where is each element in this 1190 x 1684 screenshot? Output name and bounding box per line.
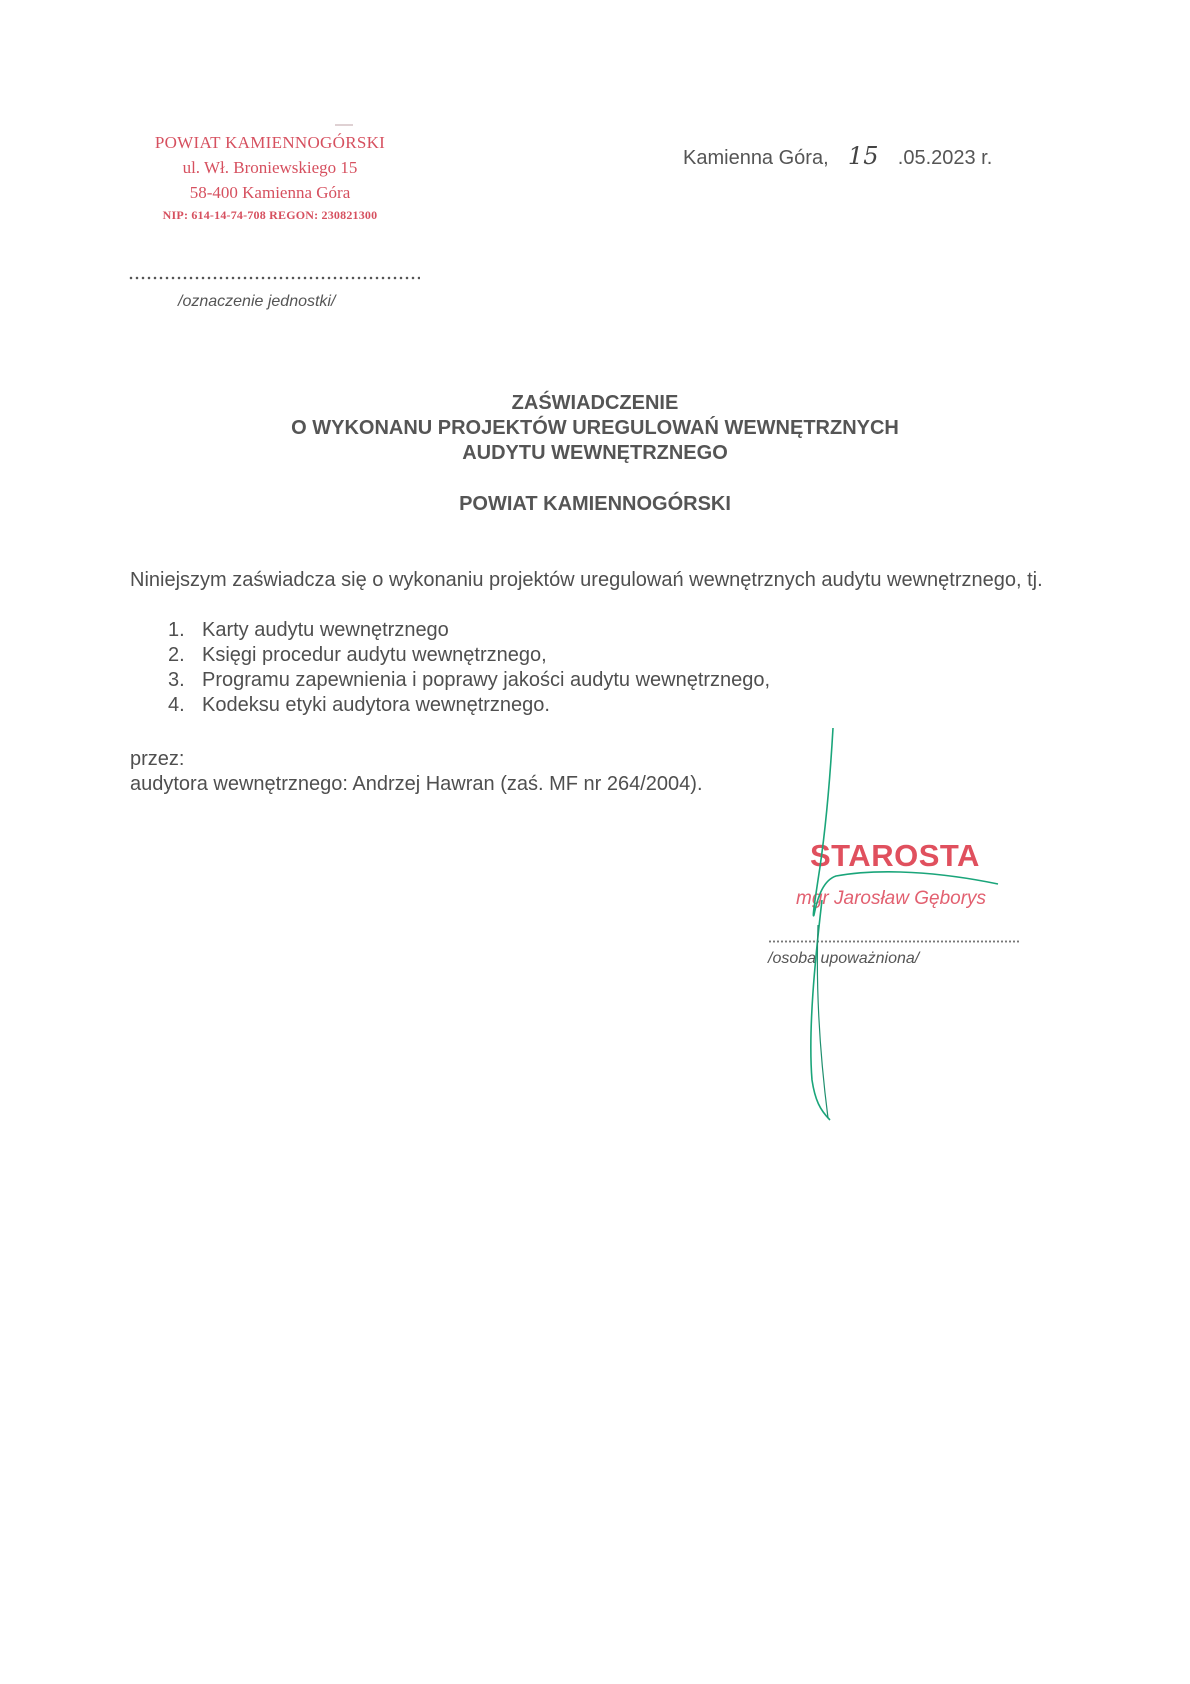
date-rest: .05.2023 r.	[898, 147, 993, 169]
list-item-text: Kodeksu etyki audytora wewnętrznego.	[202, 693, 550, 718]
items-list: 1. Karty audytu wewnętrznego 2. Księgi p…	[168, 618, 770, 718]
list-item-number: 1.	[168, 618, 202, 643]
intro-paragraph: Niniejszym zaświadcza się o wykonaniu pr…	[130, 568, 1045, 593]
document-subtitle-line1: O WYKONANU PROJEKTÓW UREGULOWAŃ WEWNĘTRZ…	[0, 417, 1190, 440]
list-item: 4. Kodeksu etyki audytora wewnętrznego.	[168, 693, 770, 718]
auditor-line: audytora wewnętrznego: Andrzej Hawran (z…	[130, 773, 703, 796]
list-item-text: Księgi procedur audytu wewnętrznego,	[202, 643, 547, 668]
handwritten-day: 15	[834, 142, 892, 170]
stamp-street: ul. Wł. Broniewskiego 15	[120, 155, 420, 180]
unit-label: /oznaczenie jednostki/	[178, 293, 335, 311]
place: Kamienna Góra,	[683, 147, 829, 169]
handwritten-signature	[0, 0, 1190, 1684]
list-item: 3. Programu zapewnienia i poprawy jakośc…	[168, 668, 770, 693]
stamp-mark	[335, 124, 353, 126]
document-subject: POWIAT KAMIENNOGÓRSKI	[0, 493, 1190, 516]
list-item: 1. Karty audytu wewnętrznego	[168, 618, 770, 643]
list-item-text: Programu zapewnienia i poprawy jakości a…	[202, 668, 770, 693]
list-item-number: 3.	[168, 668, 202, 693]
list-item: 2. Księgi procedur audytu wewnętrznego,	[168, 643, 770, 668]
signatory-name-stamp: mgr Jarosław Gęborys	[796, 888, 986, 910]
stamp-ids: NIP: 614-14-74-708 REGON: 230821300	[120, 205, 420, 225]
stamp-city: 58-400 Kamienna Góra	[120, 180, 420, 205]
document-title: ZAŚWIADCZENIE	[0, 392, 1190, 415]
place-date: Kamienna Góra, 15 .05.2023 r.	[683, 142, 992, 170]
signatory-title-stamp: STAROSTA	[810, 838, 980, 874]
issuer-stamp: POWIAT KAMIENNOGÓRSKI ul. Wł. Broniewski…	[120, 130, 420, 225]
by-label: przez:	[130, 748, 184, 771]
list-item-number: 2.	[168, 643, 202, 668]
unit-dotted-line	[128, 276, 420, 280]
signature-label: /osoba upoważniona/	[768, 950, 919, 968]
signature-dotted-line	[768, 940, 1020, 943]
stamp-name: POWIAT KAMIENNOGÓRSKI	[120, 130, 420, 155]
document-subtitle-line2: AUDYTU WEWNĘTRZNEGO	[0, 442, 1190, 465]
list-item-number: 4.	[168, 693, 202, 718]
list-item-text: Karty audytu wewnętrznego	[202, 618, 449, 643]
